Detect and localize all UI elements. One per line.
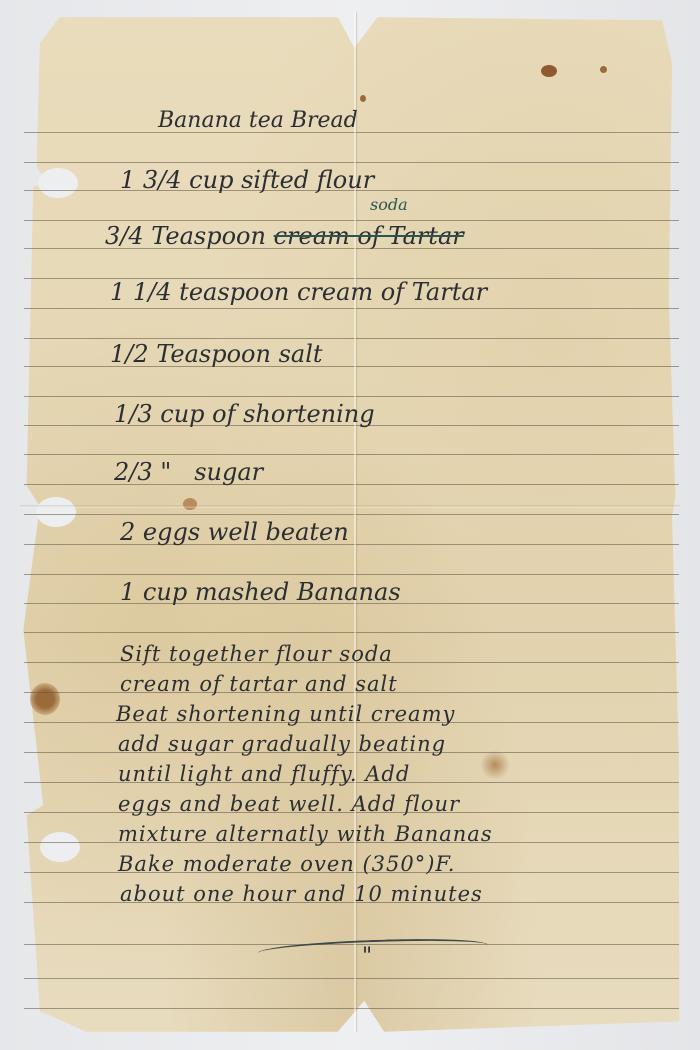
stain	[360, 95, 366, 102]
struck-text: cream of Tartar	[274, 222, 464, 250]
stain	[480, 750, 510, 780]
ingredient-qty: 1/2	[110, 340, 149, 368]
instruction-line: eggs and beat well. Add flour	[118, 792, 460, 816]
ingredient-item: 2 eggs well beaten	[120, 518, 349, 546]
recipe-title: Banana tea Bread	[158, 108, 358, 133]
instruction-line: mixture alternatly with Bananas	[118, 822, 493, 846]
ingredient-text: cup mashed Bananas	[143, 578, 401, 606]
ingredient-text: teaspoon cream of Tartar	[179, 278, 487, 306]
ingredient-text: " sugar	[160, 458, 263, 486]
instruction-line: Bake moderate oven (350°)F.	[118, 852, 455, 876]
stain	[183, 498, 197, 510]
instruction-line: until light and fluffy. Add	[118, 762, 410, 786]
ingredient-item: 1/2 Teaspoon salt	[110, 340, 323, 368]
binder-hole	[40, 832, 80, 862]
ingredient-qty: 3/4	[105, 222, 144, 250]
ditto-mark: "	[362, 944, 372, 969]
correction-text: soda	[370, 195, 408, 214]
ingredient-item: 1/3 cup of shortening	[114, 400, 375, 428]
binder-hole	[36, 497, 76, 527]
instruction-line: Sift together flour soda	[120, 642, 393, 666]
ingredient-qty: 1/3	[114, 400, 153, 428]
stain	[600, 66, 607, 73]
stain	[30, 683, 60, 715]
ingredient-qty: 2/3	[114, 458, 153, 486]
instruction-line: add sugar gradually beating	[118, 732, 446, 756]
ingredient-text: Teaspoon	[151, 222, 266, 250]
ingredient-qty: 1	[120, 578, 135, 606]
ingredient-text: Teaspoon salt	[156, 340, 322, 368]
fold-crease-vertical	[354, 12, 356, 1032]
ingredient-text: cup of shortening	[160, 400, 374, 428]
ingredient-item: 1 3/4 cup sifted flour	[120, 166, 374, 194]
ingredient-text: cup sifted flour	[189, 166, 374, 194]
ingredient-item: 1 1/4 teaspoon cream of Tartar	[110, 278, 487, 306]
fold-crease-horizontal	[20, 505, 680, 508]
ingredient-text: eggs well beaten	[143, 518, 349, 546]
ingredient-item: 3/4 Teaspoon cream of Tartar	[105, 222, 464, 250]
ingredient-qty: 1 3/4	[120, 166, 182, 194]
ingredient-item: 2/3 " sugar	[114, 458, 263, 486]
instruction-line: about one hour and 10 minutes	[120, 882, 483, 906]
instruction-line: cream of tartar and salt	[120, 672, 398, 696]
ingredient-item: 1 cup mashed Bananas	[120, 578, 401, 606]
instruction-line: Beat shortening until creamy	[116, 702, 455, 726]
stain	[541, 65, 557, 77]
ingredient-qty: 2	[120, 518, 135, 546]
ingredient-qty: 1 1/4	[110, 278, 172, 306]
binder-hole	[38, 168, 78, 198]
